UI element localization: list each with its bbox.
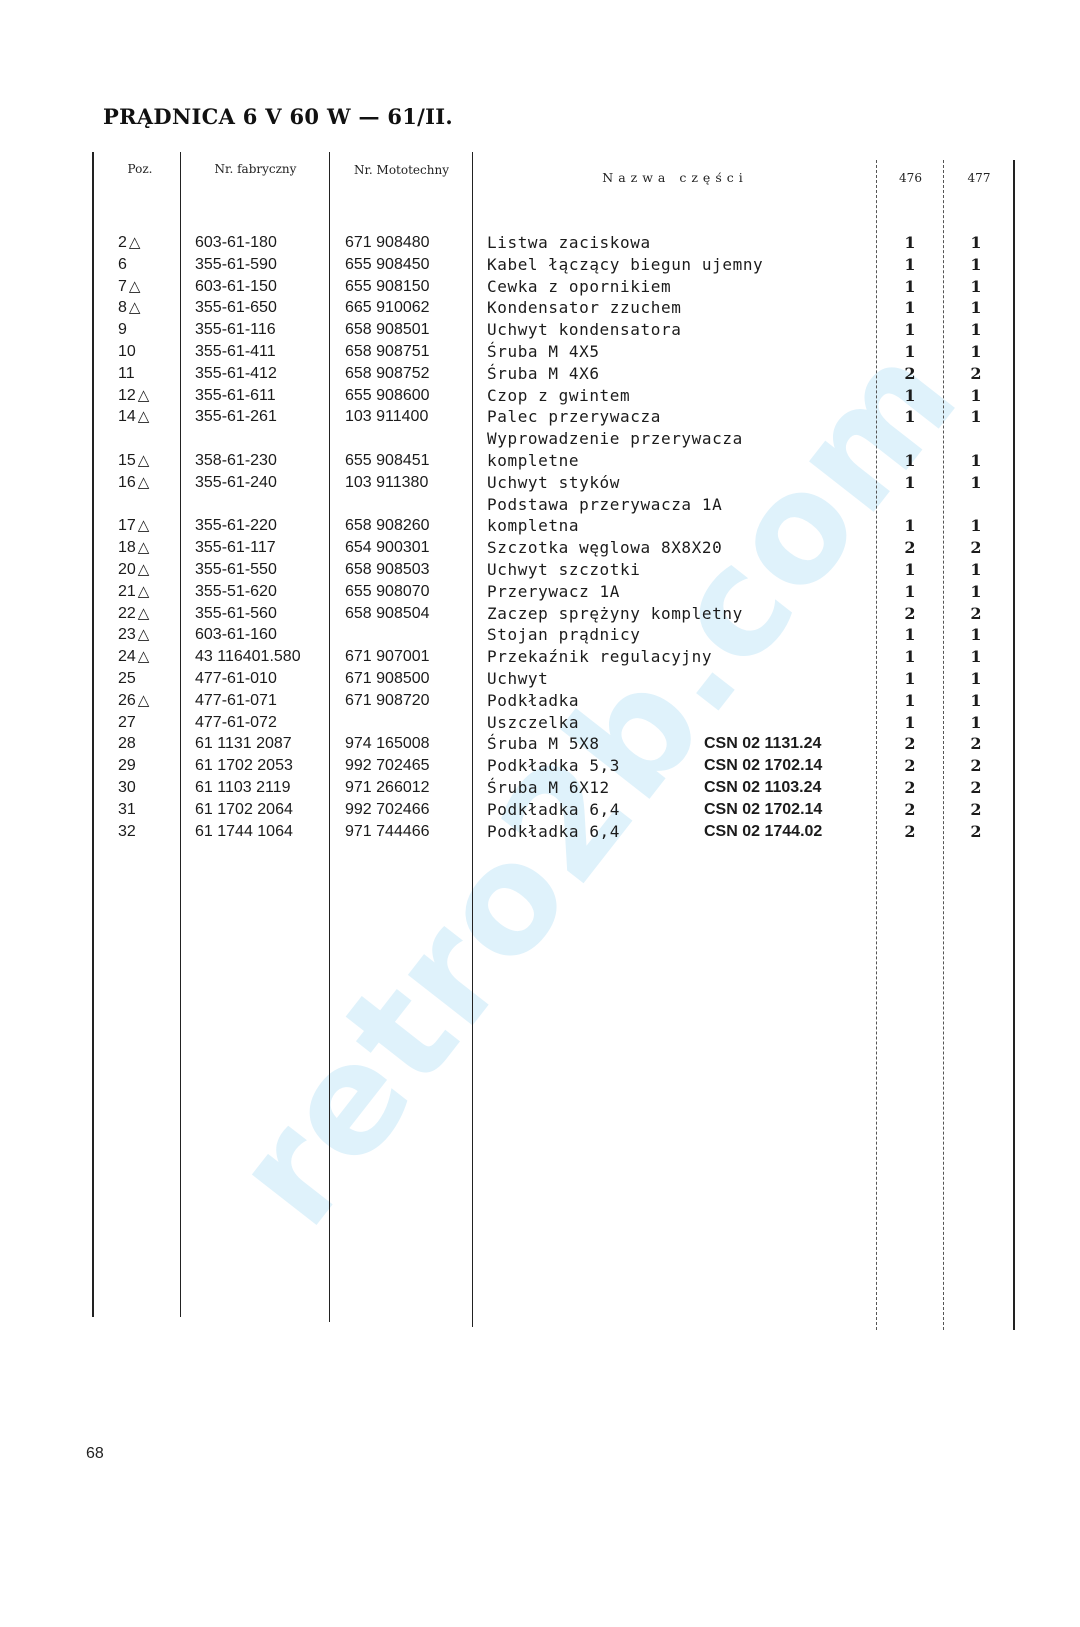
part-name: Kondensator zzuchem bbox=[487, 297, 681, 319]
triangle-marker-icon: △ bbox=[138, 626, 150, 643]
mototechna-number: 658 908751 bbox=[345, 341, 430, 363]
quantity-476: 1 bbox=[900, 319, 920, 341]
part-name: kompletna bbox=[487, 515, 579, 537]
triangle-marker-icon: △ bbox=[138, 474, 150, 491]
quantity-476: 1 bbox=[900, 276, 920, 298]
position-value: 21 bbox=[118, 583, 136, 600]
position-value: 20 bbox=[118, 561, 136, 578]
quantity-477: 2 bbox=[966, 733, 986, 755]
position-value: 22 bbox=[118, 605, 136, 622]
part-name: Listwa zaciskowa bbox=[487, 232, 651, 254]
position-value: 30 bbox=[118, 779, 136, 796]
position-number: 24△ bbox=[118, 646, 149, 668]
quantity-476: 2 bbox=[900, 363, 920, 385]
position-value: 15 bbox=[118, 452, 136, 469]
header-nr-fabryczny: Nr. fabryczny bbox=[182, 162, 329, 176]
factory-number: 355-61-590 bbox=[195, 254, 277, 276]
triangle-marker-icon: △ bbox=[138, 583, 150, 600]
column-divider-poz bbox=[180, 152, 181, 1317]
quantity-477: 1 bbox=[966, 624, 986, 646]
part-name: Szczotka węglowa 8X8X20 bbox=[487, 537, 722, 559]
position-number: 8△ bbox=[118, 297, 140, 319]
quantity-477: 2 bbox=[966, 603, 986, 625]
mototechna-number: 655 908600 bbox=[345, 385, 430, 407]
part-name: Podkładka bbox=[487, 690, 579, 712]
position-number: 18△ bbox=[118, 537, 149, 559]
table-left-border bbox=[92, 152, 94, 1317]
column-divider-name bbox=[876, 160, 877, 1330]
triangle-marker-icon: △ bbox=[138, 408, 150, 425]
position-value: 18 bbox=[118, 539, 136, 556]
mototechna-number: 974 165008 bbox=[345, 733, 430, 755]
position-number: 9 bbox=[118, 319, 127, 341]
factory-number: 358-61-230 bbox=[195, 450, 277, 472]
quantity-476: 2 bbox=[900, 777, 920, 799]
standard-number: CSN 02 1702.14 bbox=[704, 755, 822, 777]
factory-number: 355-61-550 bbox=[195, 559, 277, 581]
column-divider-476 bbox=[943, 160, 944, 1330]
position-number: 15△ bbox=[118, 450, 149, 472]
part-name: Kabel łączący biegun ujemny bbox=[487, 254, 763, 276]
factory-number: 477-61-010 bbox=[195, 668, 277, 690]
factory-number: 355-61-412 bbox=[195, 363, 277, 385]
mototechna-number: 971 744466 bbox=[345, 821, 430, 843]
position-number: 23△ bbox=[118, 624, 149, 646]
quantity-476: 1 bbox=[900, 341, 920, 363]
quantity-476: 2 bbox=[900, 755, 920, 777]
triangle-marker-icon: △ bbox=[129, 299, 141, 316]
quantity-476: 1 bbox=[900, 559, 920, 581]
position-number: 29 bbox=[118, 755, 136, 777]
quantity-477: 1 bbox=[966, 690, 986, 712]
quantity-477: 2 bbox=[966, 821, 986, 843]
quantity-477: 1 bbox=[966, 297, 986, 319]
mototechna-number: 992 702465 bbox=[345, 755, 430, 777]
mototechna-number: 671 907001 bbox=[345, 646, 430, 668]
position-value: 24 bbox=[118, 648, 136, 665]
position-number: 10 bbox=[118, 341, 136, 363]
factory-number: 61 1744 1064 bbox=[195, 821, 293, 843]
part-name: Uchwyt szczotki bbox=[487, 559, 641, 581]
quantity-477: 1 bbox=[966, 472, 986, 494]
factory-number: 61 1702 2064 bbox=[195, 799, 293, 821]
part-name: Stojan prądnicy bbox=[487, 624, 641, 646]
position-number: 32 bbox=[118, 821, 136, 843]
position-number: 22△ bbox=[118, 603, 149, 625]
position-value: 2 bbox=[118, 234, 127, 251]
mototechna-number: 658 908501 bbox=[345, 319, 430, 341]
quantity-477: 2 bbox=[966, 363, 986, 385]
part-name: Zaczep sprężyny kompletny bbox=[487, 603, 743, 625]
position-value: 9 bbox=[118, 321, 127, 338]
triangle-marker-icon: △ bbox=[129, 278, 141, 295]
mototechna-number: 992 702466 bbox=[345, 799, 430, 821]
factory-number: 355-51-620 bbox=[195, 581, 277, 603]
position-value: 7 bbox=[118, 278, 127, 295]
position-value: 17 bbox=[118, 517, 136, 534]
part-name-line: Podstawa przerywacza 1A bbox=[487, 494, 722, 516]
page-number: 68 bbox=[86, 1445, 104, 1463]
quantity-477: 1 bbox=[966, 276, 986, 298]
quantity-476: 2 bbox=[900, 733, 920, 755]
position-value: 8 bbox=[118, 299, 127, 316]
header-nazwa-czesci: Nazwa części bbox=[474, 170, 876, 185]
position-number: 30 bbox=[118, 777, 136, 799]
position-value: 11 bbox=[118, 365, 135, 382]
quantity-476: 1 bbox=[900, 624, 920, 646]
position-number: 27 bbox=[118, 712, 136, 734]
part-name: Śruba M 4X5 bbox=[487, 341, 600, 363]
factory-number: 355-61-261 bbox=[195, 406, 277, 428]
quantity-477: 1 bbox=[966, 581, 986, 603]
mototechna-number: 655 908070 bbox=[345, 581, 430, 603]
part-name: Cewka z opornikiem bbox=[487, 276, 671, 298]
triangle-marker-icon: △ bbox=[138, 692, 150, 709]
mototechna-number: 671 908500 bbox=[345, 668, 430, 690]
factory-number: 355-61-411 bbox=[195, 341, 276, 363]
mototechna-number: 671 908720 bbox=[345, 690, 430, 712]
part-name: Śruba M 5X8 bbox=[487, 733, 600, 755]
quantity-477: 1 bbox=[966, 254, 986, 276]
part-name: Uchwyt kondensatora bbox=[487, 319, 681, 341]
page-title: PRĄDNICA 6 V 60 W — 61/II. bbox=[103, 104, 453, 129]
mototechna-number: 671 908480 bbox=[345, 232, 430, 254]
triangle-marker-icon: △ bbox=[138, 539, 150, 556]
header-model-476: 476 bbox=[878, 171, 943, 185]
quantity-476: 2 bbox=[900, 603, 920, 625]
factory-number: 355-61-650 bbox=[195, 297, 277, 319]
position-number: 31 bbox=[118, 799, 136, 821]
part-name: Przekaźnik regulacyjny bbox=[487, 646, 712, 668]
column-divider-mot bbox=[472, 152, 473, 1327]
position-value: 27 bbox=[118, 714, 136, 731]
mototechna-number: 655 908451 bbox=[345, 450, 430, 472]
position-number: 14△ bbox=[118, 406, 149, 428]
factory-number: 355-61-611 bbox=[195, 385, 276, 407]
factory-number: 603-61-180 bbox=[195, 232, 277, 254]
factory-number: 61 1702 2053 bbox=[195, 755, 293, 777]
position-value: 25 bbox=[118, 670, 136, 687]
position-number: 25 bbox=[118, 668, 136, 690]
quantity-476: 1 bbox=[900, 406, 920, 428]
quantity-477: 1 bbox=[966, 341, 986, 363]
quantity-476: 1 bbox=[900, 668, 920, 690]
triangle-marker-icon: △ bbox=[138, 648, 150, 665]
standard-number: CSN 02 1702.14 bbox=[704, 799, 822, 821]
quantity-476: 1 bbox=[900, 646, 920, 668]
quantity-477: 1 bbox=[966, 319, 986, 341]
position-number: 20△ bbox=[118, 559, 149, 581]
part-name-line: Wyprowadzenie przerywacza bbox=[487, 428, 743, 450]
position-value: 23 bbox=[118, 626, 136, 643]
part-name: Czop z gwintem bbox=[487, 385, 630, 407]
position-number: 2△ bbox=[118, 232, 140, 254]
quantity-476: 1 bbox=[900, 254, 920, 276]
quantity-476: 1 bbox=[900, 515, 920, 537]
position-value: 32 bbox=[118, 823, 136, 840]
quantity-477: 1 bbox=[966, 515, 986, 537]
factory-number: 61 1131 2087 bbox=[195, 733, 292, 755]
quantity-477: 1 bbox=[966, 232, 986, 254]
triangle-marker-icon: △ bbox=[138, 452, 150, 469]
position-number: 28 bbox=[118, 733, 136, 755]
position-number: 11 bbox=[118, 363, 135, 385]
part-name: Przerywacz 1A bbox=[487, 581, 620, 603]
quantity-476: 2 bbox=[900, 799, 920, 821]
position-number: 7△ bbox=[118, 276, 140, 298]
quantity-476: 2 bbox=[900, 821, 920, 843]
standard-number: CSN 02 1131.24 bbox=[704, 733, 821, 755]
position-value: 29 bbox=[118, 757, 136, 774]
quantity-476: 2 bbox=[900, 537, 920, 559]
position-value: 16 bbox=[118, 474, 136, 491]
triangle-marker-icon: △ bbox=[138, 387, 150, 404]
quantity-476: 1 bbox=[900, 690, 920, 712]
mototechna-number: 655 908450 bbox=[345, 254, 430, 276]
standard-number: CSN 02 1103.24 bbox=[704, 777, 821, 799]
quantity-476: 1 bbox=[900, 297, 920, 319]
part-name: Uchwyt styków bbox=[487, 472, 620, 494]
position-value: 31 bbox=[118, 801, 136, 818]
position-value: 12 bbox=[118, 387, 136, 404]
quantity-477: 1 bbox=[966, 559, 986, 581]
triangle-marker-icon: △ bbox=[129, 234, 141, 251]
quantity-476: 1 bbox=[900, 232, 920, 254]
factory-number: 43 116401.580 bbox=[195, 646, 301, 668]
mototechna-number: 971 266012 bbox=[345, 777, 430, 799]
header-poz: Poz. bbox=[100, 162, 180, 176]
mototechna-number: 655 908150 bbox=[345, 276, 430, 298]
header-model-477: 477 bbox=[945, 171, 1013, 185]
mototechna-number: 658 908260 bbox=[345, 515, 430, 537]
mototechna-number: 654 900301 bbox=[345, 537, 430, 559]
part-name: Uchwyt bbox=[487, 668, 548, 690]
factory-number: 603-61-150 bbox=[195, 276, 277, 298]
part-name: kompletne bbox=[487, 450, 579, 472]
position-number: 6 bbox=[118, 254, 127, 276]
mototechna-number: 658 908504 bbox=[345, 603, 430, 625]
position-number: 12△ bbox=[118, 385, 149, 407]
position-number: 26△ bbox=[118, 690, 149, 712]
mototechna-number: 658 908503 bbox=[345, 559, 430, 581]
position-value: 6 bbox=[118, 256, 127, 273]
part-name: Podkładka 5,3 bbox=[487, 755, 620, 777]
quantity-476: 1 bbox=[900, 472, 920, 494]
quantity-477: 2 bbox=[966, 777, 986, 799]
position-value: 28 bbox=[118, 735, 136, 752]
part-name: Podkładka 6,4 bbox=[487, 821, 620, 843]
mototechna-number: 658 908752 bbox=[345, 363, 430, 385]
table-right-border bbox=[1013, 160, 1015, 1330]
part-name: Śruba M 4X6 bbox=[487, 363, 600, 385]
position-value: 26 bbox=[118, 692, 136, 709]
quantity-476: 1 bbox=[900, 385, 920, 407]
part-name: Podkładka 6,4 bbox=[487, 799, 620, 821]
position-value: 14 bbox=[118, 408, 136, 425]
quantity-477: 1 bbox=[966, 646, 986, 668]
position-value: 10 bbox=[118, 343, 136, 360]
factory-number: 477-61-072 bbox=[195, 712, 277, 734]
quantity-477: 2 bbox=[966, 537, 986, 559]
quantity-477: 1 bbox=[966, 712, 986, 734]
mototechna-number: 103 911380 bbox=[345, 472, 428, 494]
triangle-marker-icon: △ bbox=[138, 561, 150, 578]
quantity-476: 1 bbox=[900, 712, 920, 734]
position-number: 21△ bbox=[118, 581, 149, 603]
factory-number: 355-61-116 bbox=[195, 319, 276, 341]
factory-number: 61 1103 2119 bbox=[195, 777, 291, 799]
quantity-477: 2 bbox=[966, 755, 986, 777]
standard-number: CSN 02 1744.02 bbox=[704, 821, 822, 843]
header-nr-mototechny: Nr. Mototechny bbox=[331, 163, 472, 177]
factory-number: 355-61-560 bbox=[195, 603, 277, 625]
mototechna-number: 665 910062 bbox=[345, 297, 430, 319]
quantity-477: 1 bbox=[966, 385, 986, 407]
quantity-476: 1 bbox=[900, 450, 920, 472]
factory-number: 355-61-117 bbox=[195, 537, 276, 559]
position-number: 17△ bbox=[118, 515, 149, 537]
quantity-477: 1 bbox=[966, 450, 986, 472]
mototechna-number: 103 911400 bbox=[345, 406, 428, 428]
triangle-marker-icon: △ bbox=[138, 605, 150, 622]
part-name: Palec przerywacza bbox=[487, 406, 661, 428]
triangle-marker-icon: △ bbox=[138, 517, 150, 534]
factory-number: 477-61-071 bbox=[195, 690, 277, 712]
factory-number: 603-61-160 bbox=[195, 624, 277, 646]
position-number: 16△ bbox=[118, 472, 149, 494]
factory-number: 355-61-220 bbox=[195, 515, 277, 537]
column-divider-fab bbox=[329, 152, 330, 1322]
quantity-477: 1 bbox=[966, 668, 986, 690]
part-name: Uszczelka bbox=[487, 712, 579, 734]
factory-number: 355-61-240 bbox=[195, 472, 277, 494]
quantity-477: 1 bbox=[966, 406, 986, 428]
part-name: Śruba M 6X12 bbox=[487, 777, 610, 799]
quantity-477: 2 bbox=[966, 799, 986, 821]
quantity-476: 1 bbox=[900, 581, 920, 603]
